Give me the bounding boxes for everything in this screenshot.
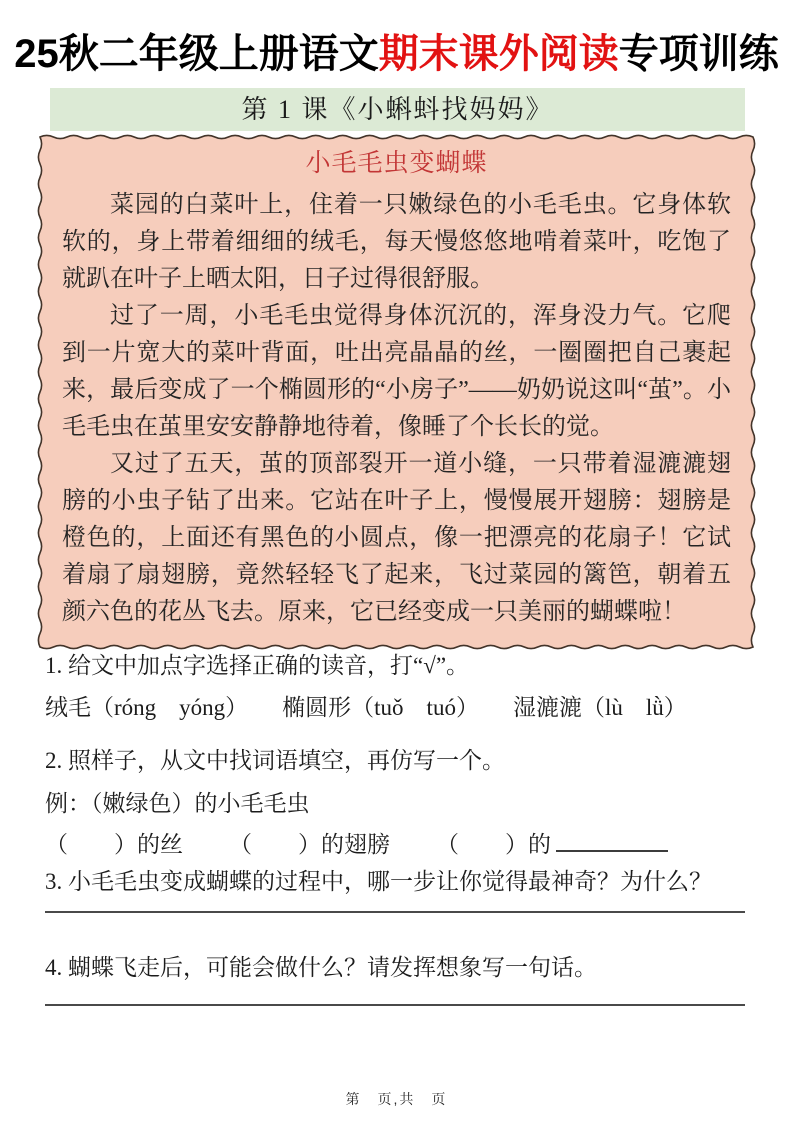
pinyin-option-tuoyuanxing: 椭圆形（tuǒ tuó） [282,692,479,724]
story-content: 小毛毛虫变蝴蝶 菜园的白菜叶上，住着一只嫩绿色的小毛毛虫。它身体软软的，身上带着… [36,133,757,631]
story-box: 小毛毛虫变蝴蝶 菜园的白菜叶上，住着一只嫩绿色的小毛毛虫。它身体软软的，身上带着… [36,133,757,651]
story-paragraph-1: 菜园的白菜叶上，住着一只嫩绿色的小毛毛虫。它身体软软的，身上带着细细的绒毛，每天… [62,187,731,298]
question-2-fill-line: （ ）的丝 （ ）的翅膀 （ ）的 [45,828,748,861]
question-1-options: 绒毛（róng yóng） 椭圆形（tuǒ tuó） 湿漉漉（lù lǜ） [45,692,748,724]
write-in-blank [556,828,668,852]
question-2-text: 2. 照样子，从文中找词语填空，再仿写一个。 [45,745,748,777]
page-title-prefix: 25秋二年级上册语文 [14,32,379,76]
story-paragraph-3: 又过了五天，茧的顶部裂开一道小缝，一只带着湿漉漉翅膀的小虫子钻了出来。它站在叶子… [62,446,731,631]
lesson-banner: 第 1 课《小蝌蚪找妈妈》 [50,88,745,131]
page-title-highlight: 期末课外阅读 [379,32,619,76]
fill-blank-chibang: （ ）的翅膀 [229,829,390,861]
question-4-text: 4. 蝴蝶飞走后，可能会做什么？请发挥想象写一句话。 [45,952,748,984]
page-title-suffix: 专项训练 [619,32,779,76]
question-2-example: 例：（嫩绿色）的小毛毛虫 [45,788,748,820]
story-paragraph-2: 过了一周，小毛毛虫觉得身体沉沉的，浑身没力气。它爬到一片宽大的菜叶背面，吐出亮晶… [62,298,731,446]
page-footer: 第 页,共 页 [0,1089,793,1109]
page-title: 25秋二年级上册语文期末课外阅读专项训练 [0,30,793,78]
question-3-answer-line [45,893,745,913]
pinyin-option-rongmao: 绒毛（róng yóng） [45,692,248,724]
fill-blank-custom: （ ）的 [436,828,668,861]
worksheet-page: 25秋二年级上册语文期末课外阅读专项训练 第 1 课《小蝌蚪找妈妈》 小毛毛虫变… [0,0,793,1122]
pinyin-option-shilulu: 湿漉漉（lù lǜ） [513,692,687,724]
story-title: 小毛毛虫变蝴蝶 [62,147,731,181]
question-1-text: 1. 给文中加点字选择正确的读音，打“√”。 [45,650,748,682]
fill-blank-si: （ ）的丝 [45,829,183,861]
question-4-answer-line [45,986,745,1006]
fill-blank-custom-label: （ ）的 [436,832,551,857]
